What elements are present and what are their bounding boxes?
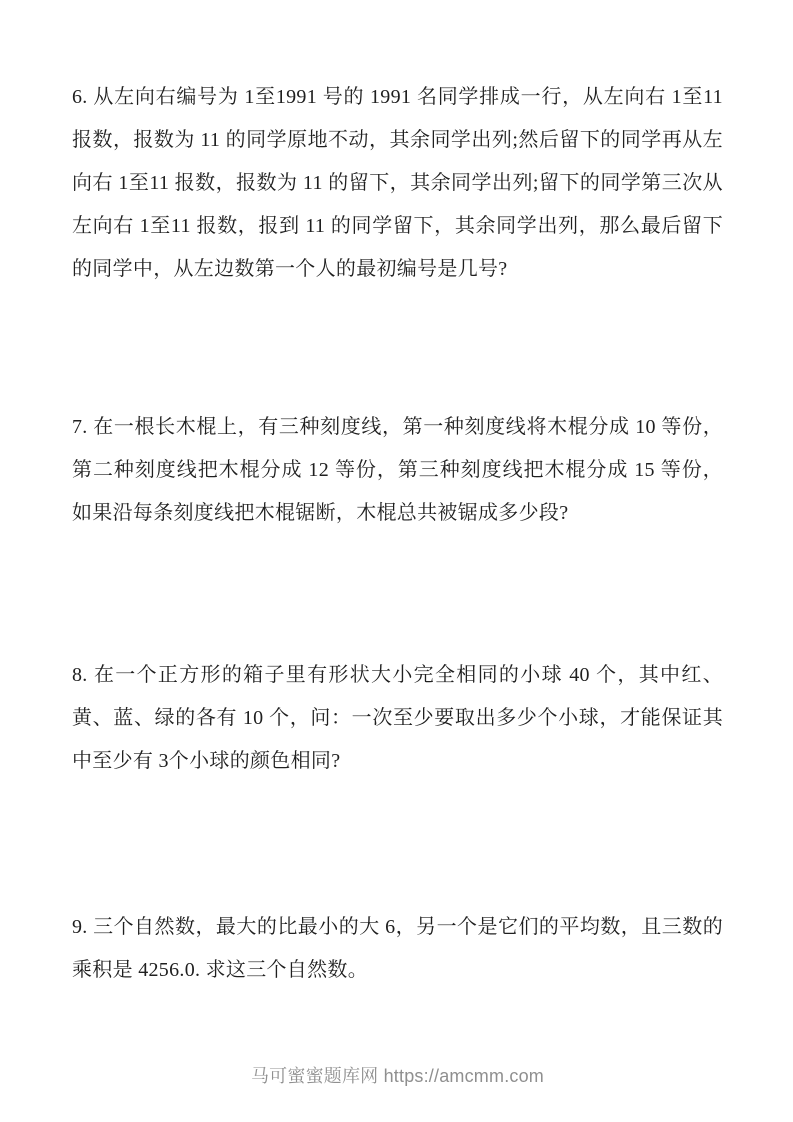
problem-9: 9. 三个自然数，最大的比最小的大 6，另一个是它们的平均数，且三数的乘积是 4… — [72, 906, 723, 992]
footer-site-name: 马可蜜蜜题库网 — [251, 1066, 378, 1086]
problem-9-text: 三个自然数，最大的比最小的大 6，另一个是它们的平均数，且三数的乘积是 4256… — [72, 916, 723, 981]
problem-7-text: 在一根长木棍上，有三种刻度线，第一种刻度线将木棍分成 10 等份，第二种刻度线把… — [72, 416, 723, 524]
problem-7-number: 7. — [72, 416, 88, 438]
problem-9-number: 9. — [72, 916, 88, 938]
problem-6: 6. 从左向右编号为 1至1991 号的 1991 名同学排成一行，从左向右 1… — [72, 76, 723, 291]
problem-6-number: 6. — [72, 86, 88, 108]
worksheet-page: 6. 从左向右编号为 1至1991 号的 1991 名同学排成一行，从左向右 1… — [0, 0, 793, 1122]
problem-6-text: 从左向右编号为 1至1991 号的 1991 名同学排成一行，从左向右 1至11… — [72, 86, 723, 280]
problem-8: 8. 在一个正方形的箱子里有形状大小完全相同的小球 40 个，其中红、黄、蓝、绿… — [72, 654, 723, 783]
footer: 马可蜜蜜题库网 https://amcmm.com — [72, 1062, 723, 1088]
problem-7: 7. 在一根长木棍上，有三种刻度线，第一种刻度线将木棍分成 10 等份，第二种刻… — [72, 406, 723, 535]
footer-url-link[interactable]: https://amcmm.com — [384, 1066, 544, 1086]
problem-8-number: 8. — [72, 664, 88, 686]
problem-8-text: 在一个正方形的箱子里有形状大小完全相同的小球 40 个，其中红、黄、蓝、绿的各有… — [72, 664, 723, 772]
